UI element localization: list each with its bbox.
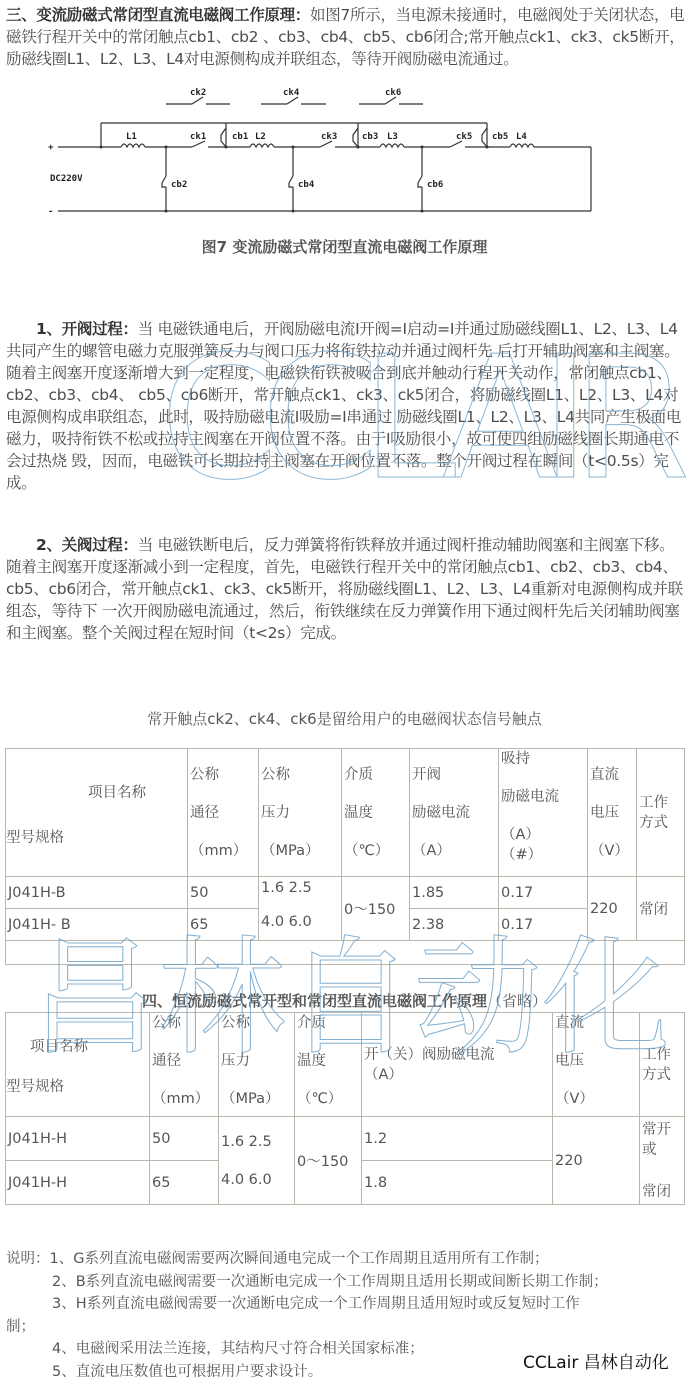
header-voltage: 直流 电压 （V） (588, 749, 637, 877)
coil-L3: L3 (387, 132, 398, 142)
coil-L2: L2 (255, 132, 266, 142)
section4-heading: 四、恒流励磁式常开型和常闭型直流电磁阀工作原理（省略） (0, 990, 689, 1011)
coil-L4: L4 (516, 132, 527, 142)
pn-cell: 1.6 2.5 4.0 6.0 (259, 877, 342, 941)
header-mode: 工作 方式 (637, 749, 685, 877)
spec-table-b: 项目名称 型号规格 公称 通径 （mm） 公称 压力 （MPa） 介质 温度 （… (5, 748, 685, 965)
closing-heading: 2、关阀过程： (36, 536, 138, 554)
note-3-wrap: 制； (6, 1316, 686, 1339)
contact-cb3: cb3 (362, 132, 378, 142)
contact-ck2: ck2 (190, 88, 206, 98)
coil-L1: L1 (126, 132, 137, 142)
header-temp: 介质 温度 （℃） (295, 1013, 362, 1117)
header-item-model: 项目名称 型号规格 (6, 749, 188, 877)
spec-table-h: 项目名称 型号规格 公称 通径 （mm） 公称 压力 （MPa） 介质 温度 （… (5, 1012, 685, 1205)
contact-cb2: cb2 (171, 180, 187, 190)
header-mode: 工作 方式 (640, 1013, 685, 1117)
figure-caption: 图7 变流励磁式常闭型直流电磁阀工作原理 (0, 236, 689, 257)
contact-ck1: ck1 (190, 132, 206, 142)
contact-cb6: cb6 (427, 180, 443, 190)
header-dn: 公称 通径 （mm） (150, 1013, 219, 1117)
contact-cb5: cb5 (492, 132, 508, 142)
note-2: 2、B系列直流电磁阀需要一次通断电完成一个工作周期且适用长期或间断长期工作制； (6, 1271, 686, 1294)
opening-body: 当 电磁铁通电后，开阀励磁电流I开阀=I启动=I并通过励磁线圈L1、L2、L3、… (6, 320, 681, 492)
header-item-model: 项目名称 型号规格 (6, 1013, 150, 1117)
table-row-empty (6, 941, 685, 965)
pn-cell: 1.6 2.5 4.0 6.0 (219, 1117, 295, 1205)
header-current: 开（关）阀励磁电流 （A） (362, 1013, 553, 1117)
plus-terminal: + (48, 143, 54, 153)
header-temp: 介质 温度 （℃） (342, 749, 410, 877)
contact-ck3: ck3 (321, 132, 337, 142)
note-3: 3、H系列直流电磁阀需要一次通断电完成一个工作周期且适用短时或反复短时工作 (6, 1293, 686, 1316)
section3-heading: 三、变流励磁式常闭型直流电磁阀工作原理： (6, 6, 310, 24)
contact-ck4: ck4 (283, 88, 300, 98)
contact-cb4: cb4 (298, 180, 315, 190)
supply-label: DC220V (50, 174, 83, 184)
header-pn: 公称 压力 （MPa） (219, 1013, 295, 1117)
table-header-row: 项目名称 型号规格 公称 通径 （mm） 公称 压力 （MPa） 介质 温度 （… (6, 749, 685, 877)
contact-ck5: ck5 (456, 132, 472, 142)
header-pn: 公称 压力 （MPa） (259, 749, 342, 877)
section3-paragraph: 三、变流励磁式常闭型直流电磁阀工作原理：如图7所示，当电源未接通时，电磁阀处于关… (6, 4, 686, 70)
table-row: J041H-B 50 1.6 2.5 4.0 6.0 0～150 1.85 0.… (6, 877, 685, 909)
opening-heading: 1、开阀过程： (36, 320, 138, 338)
header-open-current: 开阀 励磁电流 （A） (410, 749, 499, 877)
contact-cb1: cb1 (232, 132, 248, 142)
notes-label: 说明： (6, 1251, 50, 1267)
table-header-row: 项目名称 型号规格 公称 通径 （mm） 公称 压力 （MPa） 介质 温度 （… (6, 1013, 685, 1117)
signal-contacts-note: 常开触点ck2、ck4、ck6是留给用户的电磁阀状态信号触点 (0, 708, 689, 729)
contact-ck6: ck6 (385, 88, 401, 98)
header-dn: 公称 通径 （mm） (188, 749, 259, 877)
note-1: 1、G系列直流电磁阀需要两次瞬间通电完成一个工作周期且适用所有工作制； (50, 1251, 549, 1267)
mode-cell: 常开 或 常闭 (640, 1117, 685, 1205)
circuit-diagram: + - DC220V ck2 ck4 ck6 L1 L2 L3 L4 ck1 c… (40, 80, 640, 225)
header-voltage: 直流 电压 （V） (553, 1013, 640, 1117)
opening-paragraph: 1、开阀过程：当 电磁铁通电后，开阀励磁电流I开阀=I启动=I并通过励磁线圈L1… (6, 318, 686, 494)
table-row: J041H-H 50 1.6 2.5 4.0 6.0 0～150 1.2 220… (6, 1117, 685, 1161)
closing-paragraph: 2、关阀过程：当 电磁铁断电后，反力弹簧将衔铁释放并通过阀杆推动辅助阀塞和主阀塞… (6, 534, 686, 644)
brand-signature: CCLair 昌林自动化 (523, 1348, 669, 1373)
minus-terminal: - (48, 207, 53, 217)
header-hold-current: 吸持 励磁电流 （A） （#） (499, 749, 588, 877)
